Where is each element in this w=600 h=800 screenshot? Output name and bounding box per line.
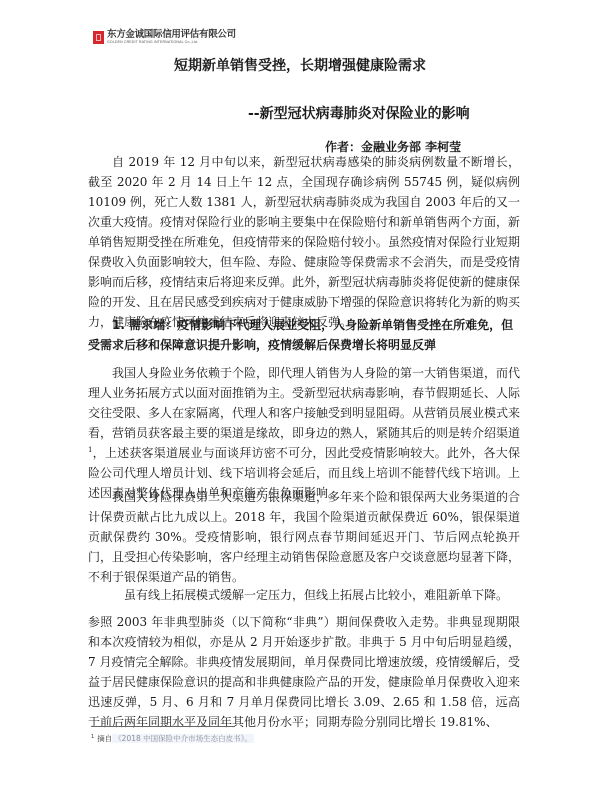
footnote-source: 《2018 中国保险中介市场生态白皮书》。 [112,734,254,743]
logo-mark-icon [93,31,104,44]
footnote-number: 1 [91,734,94,740]
logo-english-name: GOLDEN CREDIT RATING INTERNATIONAL Co.,L… [107,40,236,44]
document-title: 短期新单销售受挫，长期增强健康险需求 [0,55,600,75]
document-subtitle: --新型冠状病毒肺炎对保险业的影响 [248,103,470,123]
paragraph-bancassurance: 我国人身险保费第二大渠道为银保渠道，多年来个险和银保两大业务渠道的合计保费贡献占… [88,487,520,587]
paragraph-agent-channel: 我国人身险业务依赖于个险，即代理人销售为人身险的第一大销售渠道，而代理人业务拓展… [88,363,520,503]
logo-chinese-name: 东方金诚国际信用评估有限公司 [107,30,236,40]
paragraph-sars-comparison: 参照 2003 年非典型肺炎（以下简称“非典”）期间保费收入走势。非典显现期限和… [88,612,520,732]
paragraph-online-expansion: 虽有线上拓展模式缓解一定压力，但线上拓展占比较小，难阻新单下降。 [88,585,520,605]
company-logo: 东方金诚国际信用评估有限公司 GOLDEN CREDIT RATING INTE… [93,30,236,44]
paragraph-intro: 自 2019 年 12 月中旬以来，新型冠状病毒感染的肺炎病例数量不断增长，截至… [88,152,520,332]
section-heading-1: 1. 需求端：疫情影响下代理人展业受阻，人身险新单销售受挫在所难免，但受需求后移… [88,315,520,355]
paragraph-agent-text: 我国人身险业务依赖于个险，即代理人销售为人身险的第一大销售渠道，而代理人业务拓展… [88,366,520,440]
footnote: 1摘自《2018 中国保险中介市场生态白皮书》。 [91,733,254,744]
footnote-prefix: 摘自 [97,734,112,743]
logo-text: 东方金诚国际信用评估有限公司 GOLDEN CREDIT RATING INTE… [107,30,236,44]
footnote-divider [91,726,235,727]
